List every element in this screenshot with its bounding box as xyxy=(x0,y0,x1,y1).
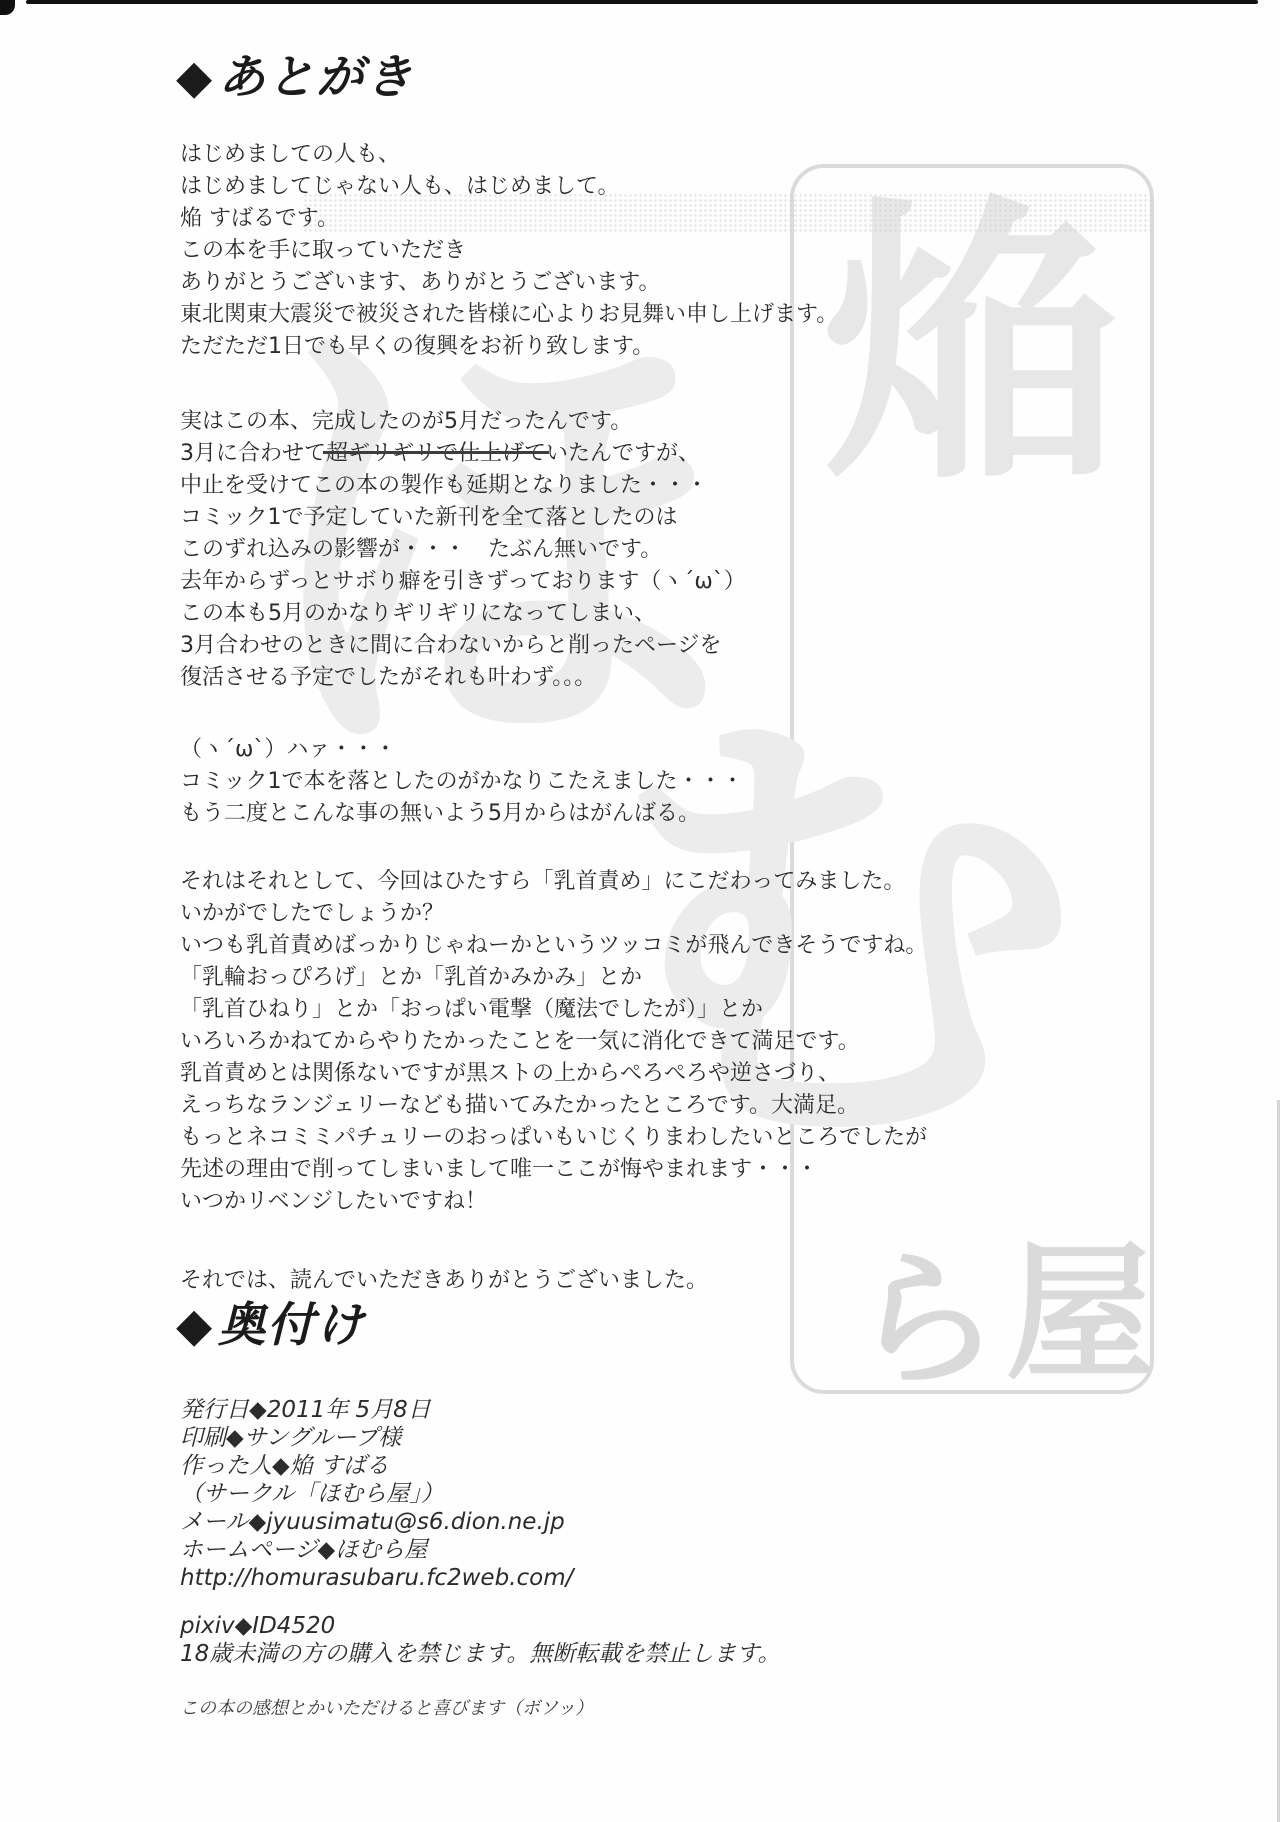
afterword-paragraph-thanks: それでは、読んでいただきありがとうございました。 xyxy=(180,1265,708,1297)
colophon-heading: ◆奥付け xyxy=(176,1298,365,1354)
strikethrough-mark xyxy=(323,451,549,454)
afterword-paragraph-greeting: はじめましての人も、 はじめましてじゃない人も、はじめまして。 焔 すばるです。… xyxy=(180,139,838,363)
diamond-icon: ◆ xyxy=(176,1298,214,1353)
colophon-printer: 印刷◆サングループ様 xyxy=(180,1424,573,1452)
scan-edge-artifact xyxy=(26,0,1258,4)
colophon-heading-label: 奥付け xyxy=(218,1298,365,1353)
colophon-homepage: ホームページ◆ほむら屋 xyxy=(180,1536,573,1564)
colophon-block: 発行日◆2011年 5月8日 印刷◆サングループ様 作った人◆焔 すばる （サー… xyxy=(180,1396,573,1592)
colophon-url: http://homurasubaru.fc2web.com/ xyxy=(180,1564,573,1592)
footer-note: この本の感想とかいただけると喜びます（ボソッ） xyxy=(180,1694,593,1720)
colophon-author: 作った人◆焔 すばる xyxy=(180,1452,573,1480)
scan-corner-artifact xyxy=(0,0,15,15)
colophon-circle: （サークル「ほむら屋」） xyxy=(180,1480,573,1508)
watermark-homura-kanji: 焔 xyxy=(822,196,1122,496)
afterword-paragraph-theme: それはそれとして、今回はひたすら「乳首責め」にこだわってみました。 いかがでした… xyxy=(180,866,927,1218)
afterword-paragraph-sigh: （ヽ´ω`）ハァ・・・ コミック1で本を落としたのがかなりこたえました・・・ も… xyxy=(180,734,744,830)
pixiv-id: pixiv◆ID4520 xyxy=(180,1612,781,1640)
afterword-heading-label: あとがき xyxy=(218,50,414,105)
afterword-page: 焔 ほ む ら 屋 ◆あとがき はじめましての人も、 はじめましてじゃない人も、… xyxy=(0,0,1280,1822)
afterword-heading: ◆あとがき xyxy=(176,50,414,106)
age-restriction-notice: 18歳未満の方の購入を禁じます。無断転載を禁止します。 xyxy=(180,1640,781,1668)
watermark-glyph-ra: ら xyxy=(852,1246,1000,1394)
watermark-glyph-ya: 屋 xyxy=(1006,1240,1154,1388)
pixiv-block: pixiv◆ID4520 18歳未満の方の購入を禁じます。無断転載を禁止します。 xyxy=(180,1612,781,1668)
diamond-icon: ◆ xyxy=(176,50,214,105)
colophon-publish-date: 発行日◆2011年 5月8日 xyxy=(180,1396,573,1424)
afterword-paragraph-delay: 実はこの本、完成したのが5月だったんです。 3月に合わせて超ギリギリで仕上げてい… xyxy=(180,406,746,694)
colophon-email: メール◆jyuusimatu@s6.dion.ne.jp xyxy=(180,1508,573,1536)
